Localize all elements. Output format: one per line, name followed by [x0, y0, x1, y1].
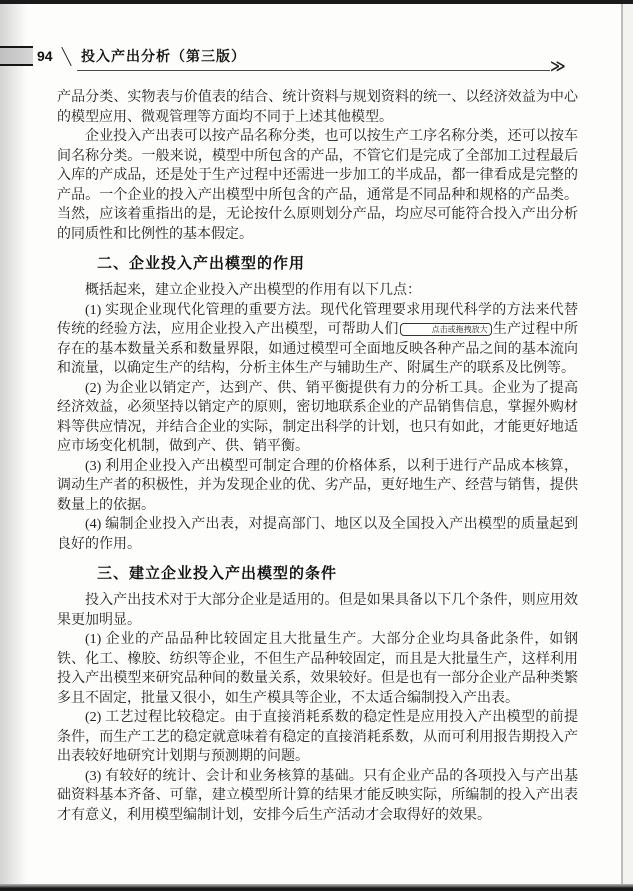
section-heading-3: 三、建立企业投入产出模型的条件 — [57, 563, 578, 584]
paragraph-carryover: 产品分类、实物表与价值表的结合、统计资料与规划资料的统一、以经济效益为中心的模型… — [57, 88, 578, 127]
paragraph-section2-lead: 概括起来，建立企业投入产出模型的作用有以下几点： — [57, 281, 578, 301]
paragraph-section3-item3: (3) 有较好的统计、会计和业务核算的基础。只有企业产品的各项投入与产出基础资料… — [57, 767, 578, 826]
paragraph-section2-item4: (4) 编制企业投入产出表，对提高部门、地区以及全国投入产出模型的质量起到良好的… — [57, 515, 578, 554]
paragraph-section2-item3: (3) 利用企业投入产出模型可制定合理的价格体系，以利于进行产品成本核算，调动生… — [57, 457, 578, 516]
paragraph-classification: 企业投入产出表可以按产品名称分类，也可以按生产工序名称分类，还可以按车间名称分类… — [57, 127, 578, 244]
section-heading-2: 二、企业投入产出模型的作用 — [57, 253, 578, 274]
paragraph-section3-lead: 投入产出技术对于大部分企业是适用的。但是如果具备以下几个条件，则应用效果更加明显… — [57, 591, 578, 630]
zoom-hint-watermark[interactable]: 点击或拖拽放大 — [400, 323, 492, 336]
scan-bottom-edge — [0, 884, 633, 891]
page-number-box — [0, 46, 33, 66]
paragraph-section2-item1: (1) 实现企业现代化管理的重要方法。现代化管理要求用现代科学的方法来代替传统的… — [57, 301, 578, 379]
page-number: 94 — [37, 47, 53, 65]
paragraph-section3-item2: (2) 工艺过程比较稳定。由于直接消耗系数的稳定性是应用投入产出模型的前提条件，… — [57, 708, 578, 767]
page-body: 产品分类、实物表与价值表的结合、统计资料与规划资料的统一、以经济效益为中心的模型… — [57, 88, 578, 825]
scan-top-edge — [0, 0, 633, 4]
page-gutter-shadow — [0, 4, 27, 884]
scanned-book-page: 94 投入产出分析（第三版） ≫ 产品分类、实物表与价值表的结合、统计资料与规划… — [0, 0, 633, 891]
header-rule — [77, 70, 550, 71]
book-title: 投入产出分析（第三版） — [81, 47, 246, 65]
paragraph-section2-item2: (2) 为企业以销定产，达到产、供、销平衡提供有力的分析工具。企业为了提高经济效… — [57, 379, 578, 457]
paragraph-section3-item1: (1) 企业的产品品种比较固定且大批量生产。大部分企业均具备此条件，如钢铁、化工… — [57, 630, 578, 708]
diagonal-divider — [61, 47, 71, 66]
double-chevron-icon: ≫ — [550, 57, 566, 75]
page-right-margin — [623, 4, 633, 884]
zoom-hint-label: 点击或拖拽放大 — [432, 325, 488, 334]
page-right-edge-line — [621, 4, 623, 884]
running-header: 94 投入产出分析（第三版） ≫ — [0, 44, 633, 76]
